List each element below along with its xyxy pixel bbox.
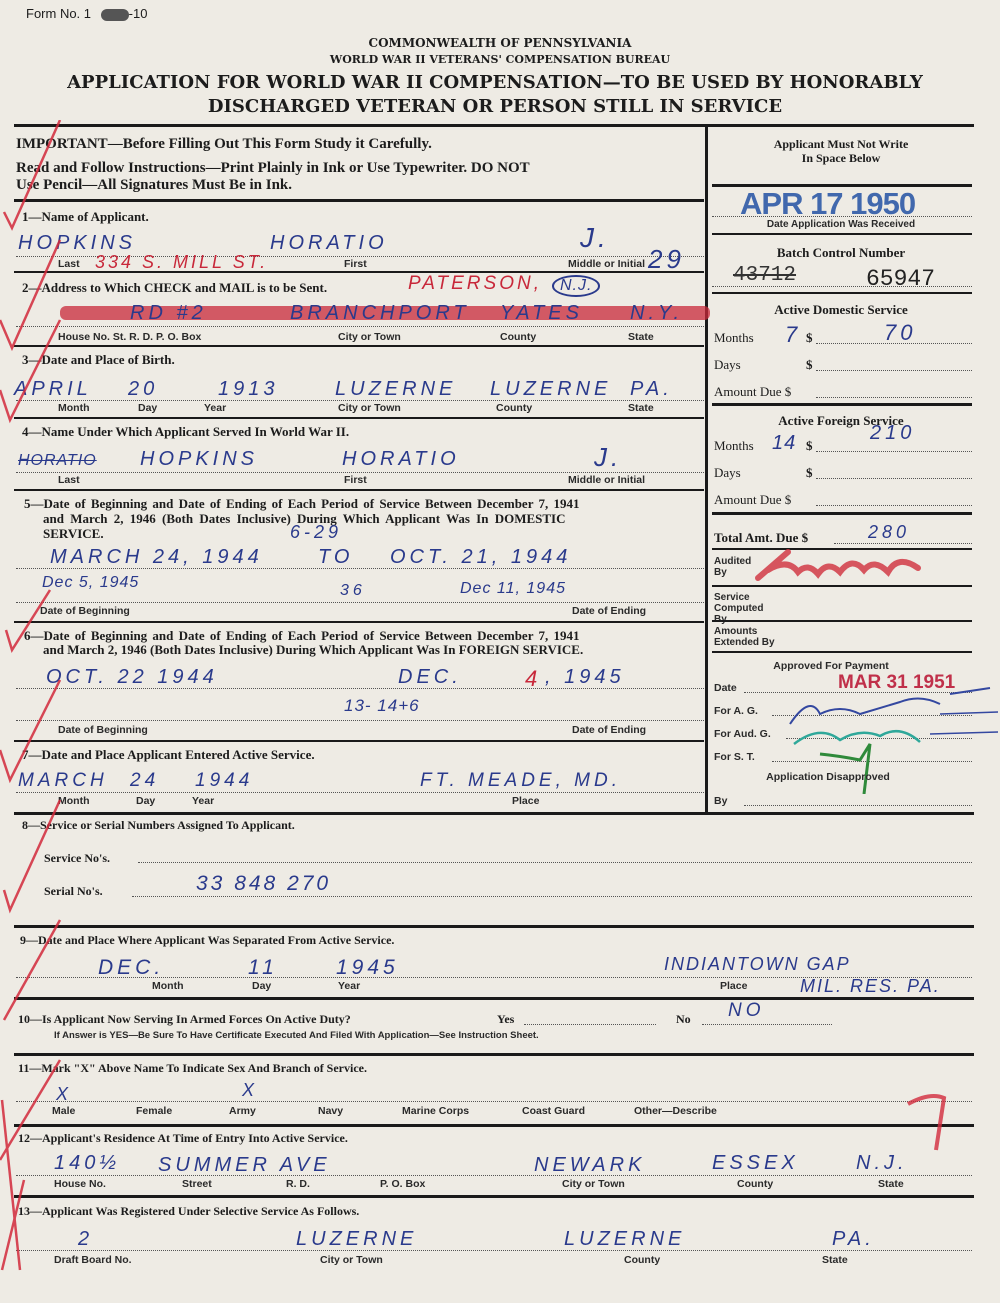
amounts-extended-label: Amounts Extended By — [714, 626, 784, 648]
red-corner-mark — [900, 1090, 960, 1160]
q10-no-value[interactable]: NO — [728, 1000, 765, 1022]
q7-place-value[interactable]: FT. MEADE, MD. — [420, 770, 621, 792]
domestic-dollar-2: $ — [806, 357, 813, 373]
q1-first-value[interactable]: HORATIO — [270, 232, 388, 255]
q13-cap-city: City or Town — [320, 1254, 383, 1266]
foreign-amount-due-label: Amount Due $ — [714, 492, 791, 508]
foreign-months-label: Months — [714, 438, 754, 454]
q13-county-value[interactable]: LUZERNE — [564, 1228, 685, 1251]
q6-note: 13- 14+6 — [344, 696, 420, 716]
page-title-line2: DISCHARGED VETERAN OR PERSON STILL IN SE… — [0, 96, 990, 117]
q3-cap-county: County — [496, 402, 532, 414]
union-label-icon — [101, 9, 129, 21]
batch-struck: 43712 — [733, 264, 796, 287]
q10-yes-label: Yes — [497, 1012, 514, 1027]
q9-place-line2[interactable]: MIL. RES. PA. — [800, 976, 941, 997]
q2-city-value[interactable]: BRANCHPORT — [290, 302, 470, 325]
q9-cap-place: Place — [720, 980, 747, 992]
q4-cap-first: First — [344, 474, 367, 486]
batch-title: Batch Control Number — [708, 245, 974, 261]
foreign-title: Active Foreign Service — [708, 413, 974, 429]
domestic-amount-due-label: Amount Due $ — [714, 384, 791, 400]
q5-to: TO — [318, 546, 353, 569]
q2-new-state: N.J. — [552, 275, 600, 297]
q7-cap-place: Place — [512, 795, 539, 807]
q3-cap-city: City or Town — [338, 402, 401, 414]
form-suffix: -10 — [129, 6, 148, 21]
q1-cap-first: First — [344, 258, 367, 270]
q2-cap-city: City or Town — [338, 331, 401, 343]
for-st-label: For S. T. — [714, 751, 755, 763]
header-line1: COMMONWEALTH OF PENNSYLVANIA — [0, 36, 1000, 50]
q5-end-2[interactable]: Dec 11, 1945 — [460, 580, 566, 598]
q3-city-value[interactable]: LUZERNE — [335, 378, 456, 401]
q2-cap-county: County — [500, 331, 536, 343]
q11-opt-other: Other—Describe — [634, 1105, 717, 1117]
q2-county-value[interactable]: YATES — [500, 302, 583, 325]
q10-no-label: No — [676, 1012, 691, 1027]
domestic-months-label: Months — [714, 330, 754, 346]
office-heading-1: Applicant Must Not Write — [708, 137, 974, 152]
q2-new-city: PATERSON, — [408, 273, 542, 295]
domestic-days-label: Days — [714, 357, 741, 373]
foreign-months-value: 14 — [772, 432, 796, 455]
q11-opt-navy: Navy — [318, 1105, 343, 1117]
q12-cap-state: State — [878, 1178, 904, 1190]
q12-city-value[interactable]: NEWARK — [534, 1154, 645, 1177]
q1-cap-middle: Middle or Initial — [568, 258, 645, 270]
red-check-marks — [0, 120, 200, 1300]
for-audg-label: For Aud. G. — [714, 728, 771, 740]
q2-state-value[interactable]: N.Y. — [630, 302, 683, 325]
q3-year-value[interactable]: 1913 — [218, 378, 279, 401]
foreign-amount-value: 210 — [870, 422, 915, 445]
q12-cap-pobox: P. O. Box — [380, 1178, 425, 1190]
q8-service-field[interactable] — [138, 862, 972, 863]
office-heading-2: In Space Below — [708, 151, 974, 166]
q6-end-month[interactable]: DEC. — [398, 666, 462, 689]
approved-title: Approved For Payment — [708, 660, 954, 672]
disapproved-title: Application Disapproved — [708, 771, 948, 783]
q2-cap-state: State — [628, 331, 654, 343]
header-line2: WORLD WAR II VETERANS' COMPENSATION BURE… — [0, 53, 1000, 66]
q13-cap-county: County — [624, 1254, 660, 1266]
batch-number: 65947 — [866, 266, 935, 292]
q9-place-line1[interactable]: INDIANTOWN GAP — [664, 954, 851, 975]
q3-cap-state: State — [628, 402, 654, 414]
q13-state-value[interactable]: PA. — [832, 1228, 875, 1251]
total-value: 280 — [868, 522, 910, 543]
q6-cap-end: Date of Ending — [572, 724, 646, 736]
q12-county-value[interactable]: ESSEX — [712, 1152, 799, 1175]
q5-mid-2: 36 — [340, 582, 366, 600]
q3-cap-year: Year — [204, 402, 226, 414]
q8-serial-value[interactable]: 33 848 270 — [196, 872, 331, 896]
domestic-months-value: 7 — [785, 322, 801, 348]
q13-city-value[interactable]: LUZERNE — [296, 1228, 417, 1251]
q4-cap-middle: Middle or Initial — [568, 474, 645, 486]
domestic-title: Active Domestic Service — [708, 302, 974, 318]
q11-opt-army: Army — [229, 1105, 256, 1117]
q9-cap-day: Day — [252, 980, 271, 992]
q6-end-year[interactable]: , 1945 — [545, 666, 625, 689]
foreign-days-label: Days — [714, 465, 741, 481]
q5-cap-end: Date of Ending — [572, 605, 646, 617]
q13-cap-state: State — [822, 1254, 848, 1266]
domestic-dollar-1: $ — [806, 330, 813, 346]
q1-middle-value[interactable]: J. — [580, 222, 610, 254]
foreign-dollar-1: $ — [806, 438, 813, 454]
foreign-dollar-2: $ — [806, 465, 813, 481]
q11-opt-coast: Coast Guard — [522, 1105, 585, 1117]
page-title-line1: APPLICATION FOR WORLD WAR II COMPENSATIO… — [0, 72, 990, 93]
received-caption: Date Application Was Received — [708, 219, 974, 230]
total-label: Total Amt. Due $ — [714, 530, 808, 546]
q3-state-value[interactable]: PA. — [630, 378, 673, 401]
form-number-text: Form No. 1 — [26, 6, 91, 21]
disapproved-by-label: By — [714, 795, 727, 807]
q5-end-1[interactable]: OCT. 21, 1944 — [390, 546, 571, 569]
q4-middle-value[interactable]: J. — [594, 442, 622, 473]
for-ag-label: For A. G. — [714, 705, 758, 717]
q10-yes-field[interactable] — [524, 1024, 656, 1025]
q11-mark-army[interactable]: X — [242, 1080, 258, 1101]
q9-cap-year: Year — [338, 980, 360, 992]
q7-year-value[interactable]: 1944 — [195, 770, 253, 792]
q12-cap-city: City or Town — [562, 1178, 625, 1190]
q5-note: 6-29 — [290, 522, 342, 543]
q11-opt-marine: Marine Corps — [402, 1105, 469, 1117]
q12-cap-rd: R. D. — [286, 1178, 310, 1190]
auditor-signature — [748, 548, 938, 582]
q12-cap-county: County — [737, 1178, 773, 1190]
q4-first-value[interactable]: HORATIO — [342, 448, 460, 471]
q3-county-value[interactable]: LUZERNE — [490, 378, 611, 401]
form-number: Form No. 1 -10 — [26, 6, 147, 21]
approved-date-label: Date — [714, 682, 737, 694]
